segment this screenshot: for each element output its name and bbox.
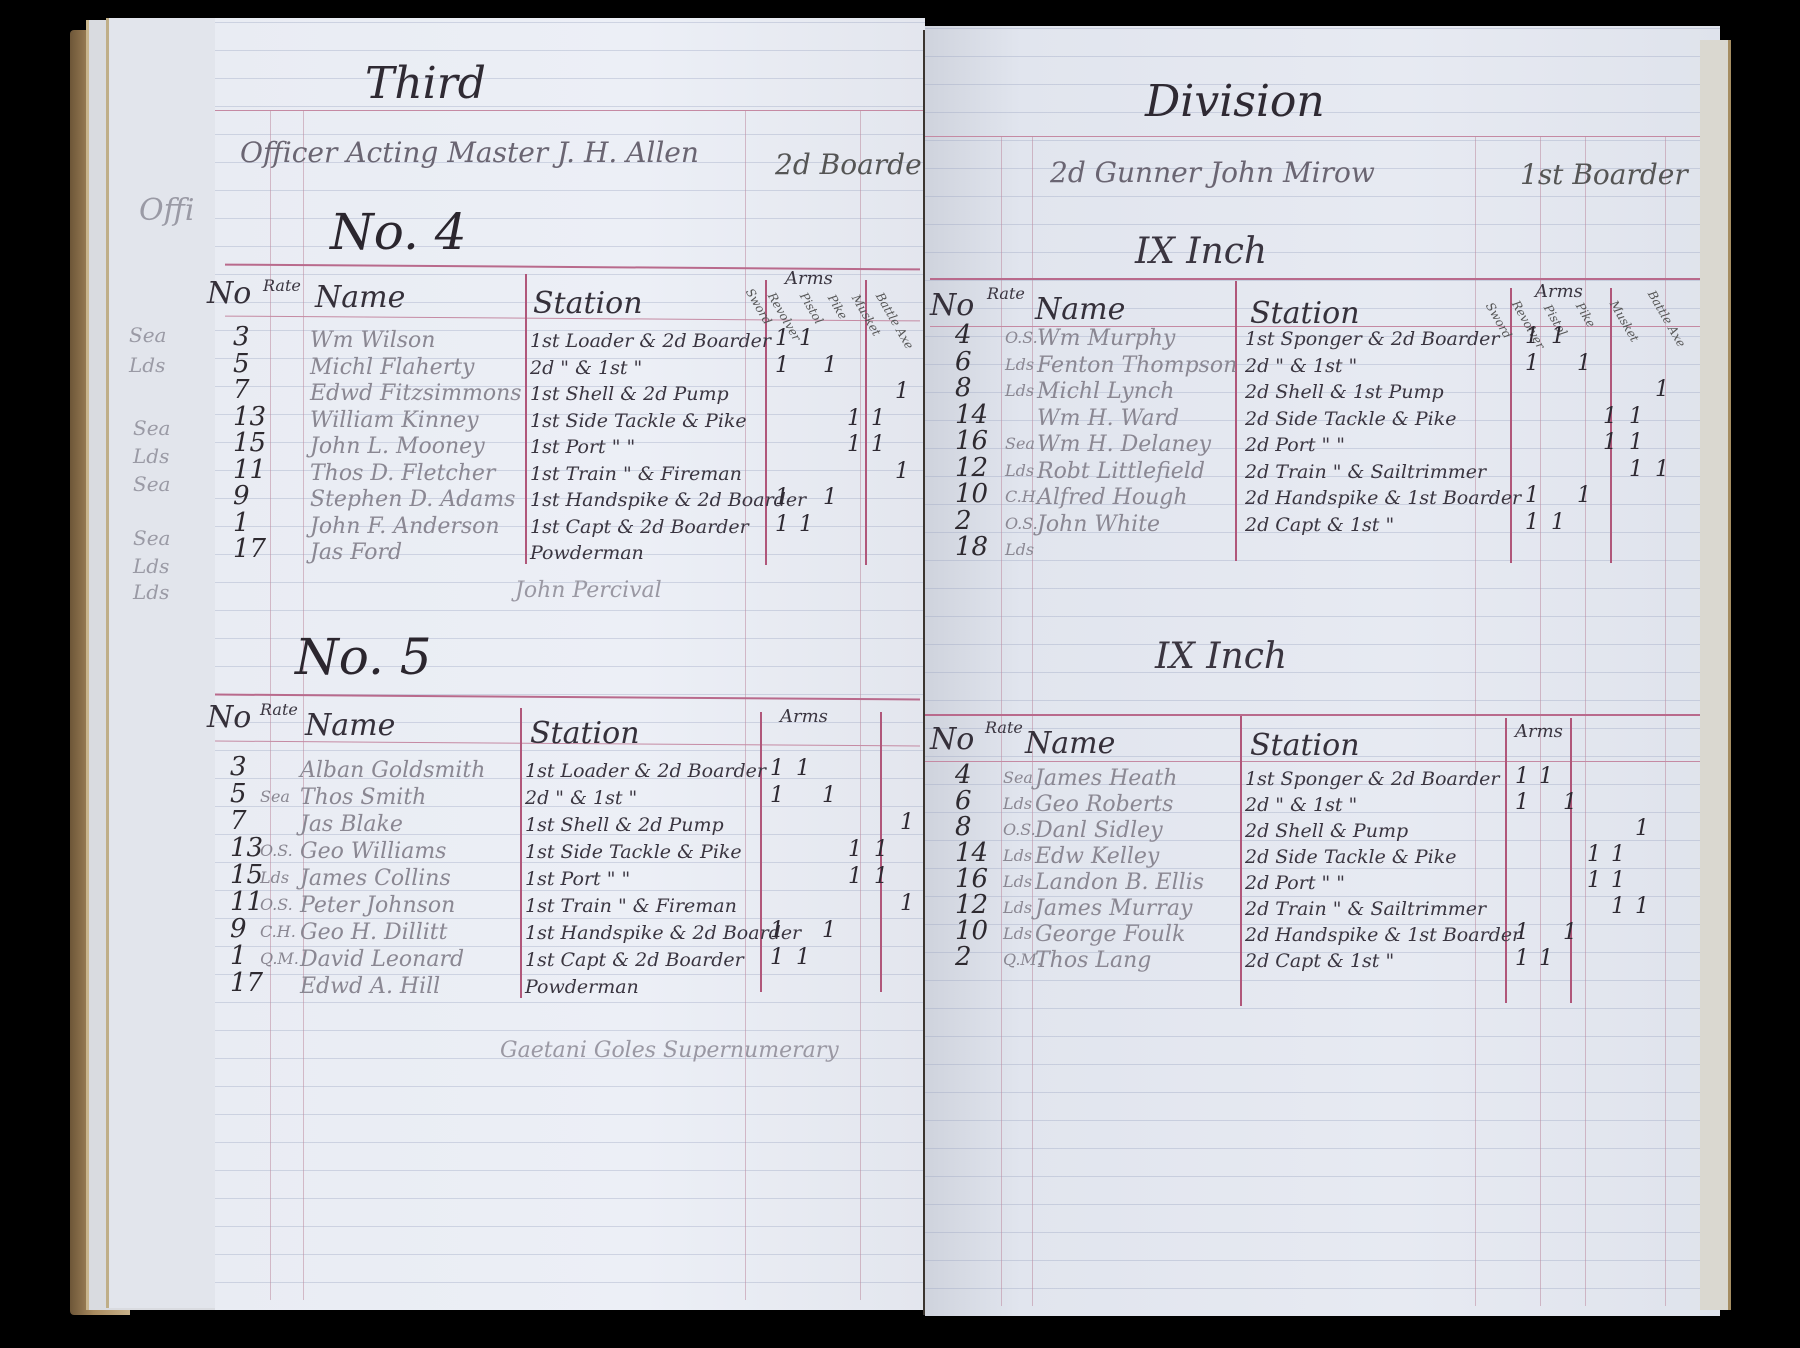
station: 1st Train " & Fireman [525, 895, 737, 917]
header-rate: Rate [260, 700, 298, 719]
station: 1st Port " " [525, 868, 630, 890]
arms-tally-mark: 1 [822, 918, 836, 943]
arms-tally-mark: 1 [775, 353, 789, 378]
margin-note: Lds [133, 554, 169, 578]
crew-name: Fenton Thompson [1037, 353, 1237, 378]
row-number: 1 [230, 941, 247, 971]
arms-tally-mark: 1 [1629, 457, 1643, 482]
arms-tally-mark: 1 [1611, 894, 1625, 919]
station: 1st Train " & Fireman [530, 463, 742, 485]
arms-tally-mark: 1 [775, 485, 789, 510]
arms-tally-mark: 1 [1525, 324, 1539, 349]
station: 1st Loader & 2d Boarder [525, 760, 766, 782]
row-number: 3 [230, 752, 247, 782]
arms-tally-mark: 1 [770, 945, 784, 970]
arms-tally-mark: 1 [799, 326, 813, 351]
header-arms: Arms [780, 706, 828, 727]
arms-tally-mark: 1 [847, 432, 861, 457]
row-number: 14 [955, 400, 988, 430]
arms-tally-mark: 1 [900, 891, 914, 916]
station: 1st Handspike & 2d Boarder [525, 922, 801, 944]
arms-tally-mark: 1 [1655, 457, 1669, 482]
arms-tally-mark: 1 [770, 783, 784, 808]
arms-tally-mark: 1 [770, 756, 784, 781]
margin-note: Sea [133, 526, 170, 550]
arms-tally-mark: 1 [1563, 920, 1577, 945]
station: 2d " & 1st " [1245, 355, 1357, 377]
arms-tally-mark: 1 [1655, 377, 1669, 402]
station: 2d Side Tackle & Pike [1245, 408, 1456, 430]
station: 2d Capt & 1st " [1245, 514, 1394, 536]
row-number: 10 [955, 479, 988, 509]
arms-tally-mark: 1 [1611, 868, 1625, 893]
crew-name: James Heath [1035, 766, 1177, 791]
station: 2d Shell & Pump [1245, 820, 1408, 842]
crew-name: George Foulk [1035, 922, 1185, 947]
header-no: No [930, 288, 974, 323]
arms-tally-mark: 1 [1629, 430, 1643, 455]
arms-tally-mark: 1 [1525, 351, 1539, 376]
crew-name: John F. Anderson [310, 514, 500, 539]
arms-tally-mark: 1 [871, 406, 885, 431]
header-name: Name [1025, 726, 1115, 761]
row-number: 11 [230, 887, 263, 917]
margin-note: Lds [133, 580, 169, 604]
arms-tally-mark: 1 [1539, 764, 1553, 789]
margin-note: Sea [133, 472, 170, 496]
arms-tally-mark: 1 [874, 837, 888, 862]
row-rate: Sea [1005, 434, 1035, 453]
row-number: 1 [233, 508, 250, 538]
header-station: Station [1250, 728, 1360, 763]
page-heading: Third [365, 58, 486, 109]
crew-name: John White [1037, 512, 1160, 537]
page-heading: Division [1145, 76, 1325, 127]
station: 2d " & 1st " [1245, 794, 1357, 816]
row-number: 15 [233, 428, 266, 458]
crew-name: Michl Flaherty [310, 355, 474, 380]
crew-name: Edwd A. Hill [300, 974, 440, 999]
row-number: 15 [230, 860, 263, 890]
underlying-page [1700, 40, 1731, 1310]
arms-tally-mark: 1 [799, 512, 813, 537]
arms-tally-mark: 1 [1635, 894, 1649, 919]
crew-name: John L. Mooney [310, 434, 485, 459]
arms-tally-mark: 1 [1577, 351, 1591, 376]
row-number: 9 [233, 481, 250, 511]
margin-note: Lds [129, 353, 165, 377]
arms-tally-mark: 1 [871, 432, 885, 457]
margin-note: Lds [133, 444, 169, 468]
arms-tally-mark: 1 [1611, 842, 1625, 867]
row-number: 2 [955, 506, 972, 536]
row-number: 7 [230, 806, 247, 836]
station: 1st Sponger & 2d Boarder [1245, 328, 1499, 350]
row-rate: Lds [1003, 846, 1032, 865]
station: Powderman [530, 542, 644, 564]
station: 2d " & 1st " [530, 357, 642, 379]
arms-tally-mark: 1 [1587, 842, 1601, 867]
row-number: 18 [955, 532, 988, 562]
header-name: Name [305, 708, 395, 743]
margin-note: Sea [129, 323, 166, 347]
crew-name: Wm Wilson [310, 328, 435, 353]
row-rate: Lds [1003, 898, 1032, 917]
arms-tally-mark: 1 [823, 353, 837, 378]
row-rate: Lds [260, 868, 289, 887]
station: 1st Port " " [530, 436, 635, 458]
section-title: IX Inch [1155, 636, 1287, 677]
header-station: Station [1250, 296, 1360, 331]
header-rate: Rate [263, 276, 301, 295]
annotation: John Percival [515, 578, 662, 603]
row-number: 17 [230, 968, 263, 998]
crew-name: James Collins [300, 866, 451, 891]
crew-name: Jas Blake [300, 812, 403, 837]
underlying-page: Offi Sea Lds Sea Lds Sea Sea Lds Lds [106, 18, 224, 1308]
station: 1st Capt & 2d Boarder [525, 949, 744, 971]
arms-tally-mark: 1 [1563, 790, 1577, 815]
row-number: 3 [233, 322, 250, 352]
arms-tally-mark: 1 [1577, 483, 1591, 508]
annotation: Gaetani Goles Supernumerary [500, 1038, 839, 1063]
station: 1st Side Tackle & Pike [530, 410, 747, 432]
row-rate: O.S. [1003, 820, 1036, 839]
arms-tally-mark: 1 [1635, 816, 1649, 841]
station: 2d " & 1st " [525, 787, 637, 809]
header-name: Name [1035, 292, 1125, 327]
arms-tally-mark: 1 [1551, 324, 1565, 349]
arms-tally-mark: 1 [1603, 404, 1617, 429]
crew-name: Wm Murphy [1037, 326, 1175, 351]
margin-note: Offi [139, 193, 194, 228]
crew-name: Wm H. Delaney [1037, 432, 1211, 457]
header-rate: Rate [985, 718, 1023, 737]
right-page: Division 2d Gunner John Mirow 1st Boarde… [925, 26, 1720, 1316]
arms-tally-mark: 1 [1629, 404, 1643, 429]
crew-name: Robt Littlefield [1037, 459, 1205, 484]
station: 2d Train " & Sailtrimmer [1245, 461, 1486, 483]
crew-name: Danl Sidley [1035, 818, 1163, 843]
row-rate: Lds [1003, 872, 1032, 891]
crew-name: Thos Lang [1035, 948, 1151, 973]
row-number: 2 [955, 942, 972, 972]
station: 1st Loader & 2d Boarder [530, 330, 771, 352]
row-number: 17 [233, 534, 266, 564]
header-name: Name [315, 280, 405, 315]
arms-tally-mark: 1 [1539, 946, 1553, 971]
arms-tally-mark: 1 [874, 864, 888, 889]
row-number: 6 [955, 347, 972, 377]
section-title: No. 5 [295, 628, 432, 686]
arms-tally-mark: 1 [796, 756, 810, 781]
station: 2d Side Tackle & Pike [1245, 846, 1456, 868]
station: Powderman [525, 976, 639, 998]
crew-name: Geo Roberts [1035, 792, 1173, 817]
header-no: No [207, 276, 251, 311]
station: 2d Handspike & 1st Boarder [1245, 487, 1521, 509]
crew-name: Alfred Hough [1037, 485, 1188, 510]
crew-name: Geo Williams [300, 839, 446, 864]
row-rate: C.H. [1005, 487, 1041, 506]
row-rate: O.S. [1005, 514, 1038, 533]
station: 2d Train " & Sailtrimmer [1245, 898, 1486, 920]
header-arms: Arms [785, 268, 833, 289]
officer-role: 2d Boarder [775, 148, 935, 181]
row-number: 13 [230, 833, 263, 863]
crew-name: Edwd Fitzsimmons [310, 381, 522, 406]
crew-name: Stephen D. Adams [310, 487, 515, 512]
row-rate: Q.M. [260, 949, 299, 968]
arms-tally-mark: 1 [770, 918, 784, 943]
arms-tally-mark: 1 [1515, 790, 1529, 815]
arms-tally-mark: 1 [775, 512, 789, 537]
section-title: IX Inch [1135, 231, 1267, 272]
station: 1st Side Tackle & Pike [525, 841, 742, 863]
row-rate: Lds [1005, 355, 1034, 374]
officer-line: 2d Gunner John Mirow [1050, 156, 1375, 189]
station: 2d Port " " [1245, 872, 1345, 894]
margin-note: Sea [133, 416, 170, 440]
header-arms: Arms [1515, 721, 1563, 742]
arms-tally-mark: 1 [1515, 946, 1529, 971]
row-number: 13 [233, 402, 266, 432]
row-rate: C.H. [260, 922, 296, 941]
arms-tally-mark: 1 [775, 326, 789, 351]
arms-tally-mark: 1 [796, 945, 810, 970]
row-number: 12 [955, 453, 988, 483]
row-rate: O.S. [1005, 328, 1038, 347]
arms-tally-mark: 1 [1525, 510, 1539, 535]
officer-line: Officer Acting Master J. H. Allen [240, 136, 699, 169]
station: 1st Sponger & 2d Boarder [1245, 768, 1499, 790]
row-rate: Lds [1005, 540, 1034, 559]
header-no: No [930, 722, 974, 757]
station: 1st Shell & 2d Pump [525, 814, 724, 836]
row-rate: Lds [1005, 381, 1034, 400]
header-rate: Rate [987, 284, 1025, 303]
header-no: No [207, 700, 251, 735]
crew-name: Edw Kelley [1035, 844, 1159, 869]
header-station: Station [530, 716, 640, 751]
station: 1st Handspike & 2d Boarder [530, 489, 806, 511]
arms-tally-mark: 1 [895, 379, 909, 404]
crew-name: David Leonard [300, 947, 464, 972]
arms-tally-mark: 1 [847, 406, 861, 431]
arms-tally-mark: 1 [1525, 483, 1539, 508]
crew-name: Landon B. Ellis [1035, 870, 1204, 895]
officer-role: 1st Boarder [1520, 158, 1688, 191]
crew-name: Thos D. Fletcher [310, 461, 495, 486]
header-arms: Arms [1535, 281, 1583, 302]
section-title: No. 4 [330, 203, 467, 261]
arms-tally-mark: 1 [895, 459, 909, 484]
row-number: 16 [955, 426, 988, 456]
row-number: 11 [233, 455, 266, 485]
station: 2d Capt & 1st " [1245, 950, 1394, 972]
row-rate: Lds [1003, 924, 1032, 943]
row-rate: Lds [1003, 794, 1032, 813]
station: 2d Handspike & 1st Boarder [1245, 924, 1521, 946]
crew-name: Wm H. Ward [1037, 406, 1179, 431]
row-number: 5 [233, 349, 250, 379]
station: 1st Shell & 2d Pump [530, 383, 729, 405]
station: 1st Capt & 2d Boarder [530, 516, 749, 538]
row-rate: O.S. [260, 895, 293, 914]
arms-tally-mark: 1 [1515, 920, 1529, 945]
station: 2d Shell & 1st Pump [1245, 381, 1444, 403]
arms-tally-mark: 1 [822, 783, 836, 808]
crew-name: Geo H. Dillitt [300, 920, 447, 945]
arms-tally-mark: 1 [823, 485, 837, 510]
row-number: 4 [955, 320, 972, 350]
row-number: 7 [233, 375, 250, 405]
header-station: Station [533, 286, 643, 321]
arms-tally-mark: 1 [848, 837, 862, 862]
arms-tally-mark: 1 [900, 810, 914, 835]
arms-tally-mark: 1 [848, 864, 862, 889]
row-rate: Lds [1005, 461, 1034, 480]
crew-name: William Kinney [310, 408, 479, 433]
row-number: 9 [230, 914, 247, 944]
row-rate: Sea [1003, 768, 1033, 787]
row-number: 8 [955, 373, 972, 403]
crew-name: James Murray [1035, 896, 1192, 921]
row-number: 5 [230, 779, 247, 809]
crew-name: Thos Smith [300, 785, 426, 810]
left-page: Third Officer Acting Master J. H. Allen … [215, 18, 925, 1310]
row-rate: Sea [260, 787, 290, 806]
crew-name: Peter Johnson [300, 893, 455, 918]
arms-tally-mark: 1 [1587, 868, 1601, 893]
arms-tally-mark: 1 [1551, 510, 1565, 535]
row-rate: O.S. [260, 841, 293, 860]
crew-name: Jas Ford [310, 540, 402, 565]
arms-tally-mark: 1 [1603, 430, 1617, 455]
station: 2d Port " " [1245, 434, 1345, 456]
crew-name: Alban Goldsmith [300, 758, 485, 783]
crew-name: Michl Lynch [1037, 379, 1174, 404]
arms-tally-mark: 1 [1515, 764, 1529, 789]
